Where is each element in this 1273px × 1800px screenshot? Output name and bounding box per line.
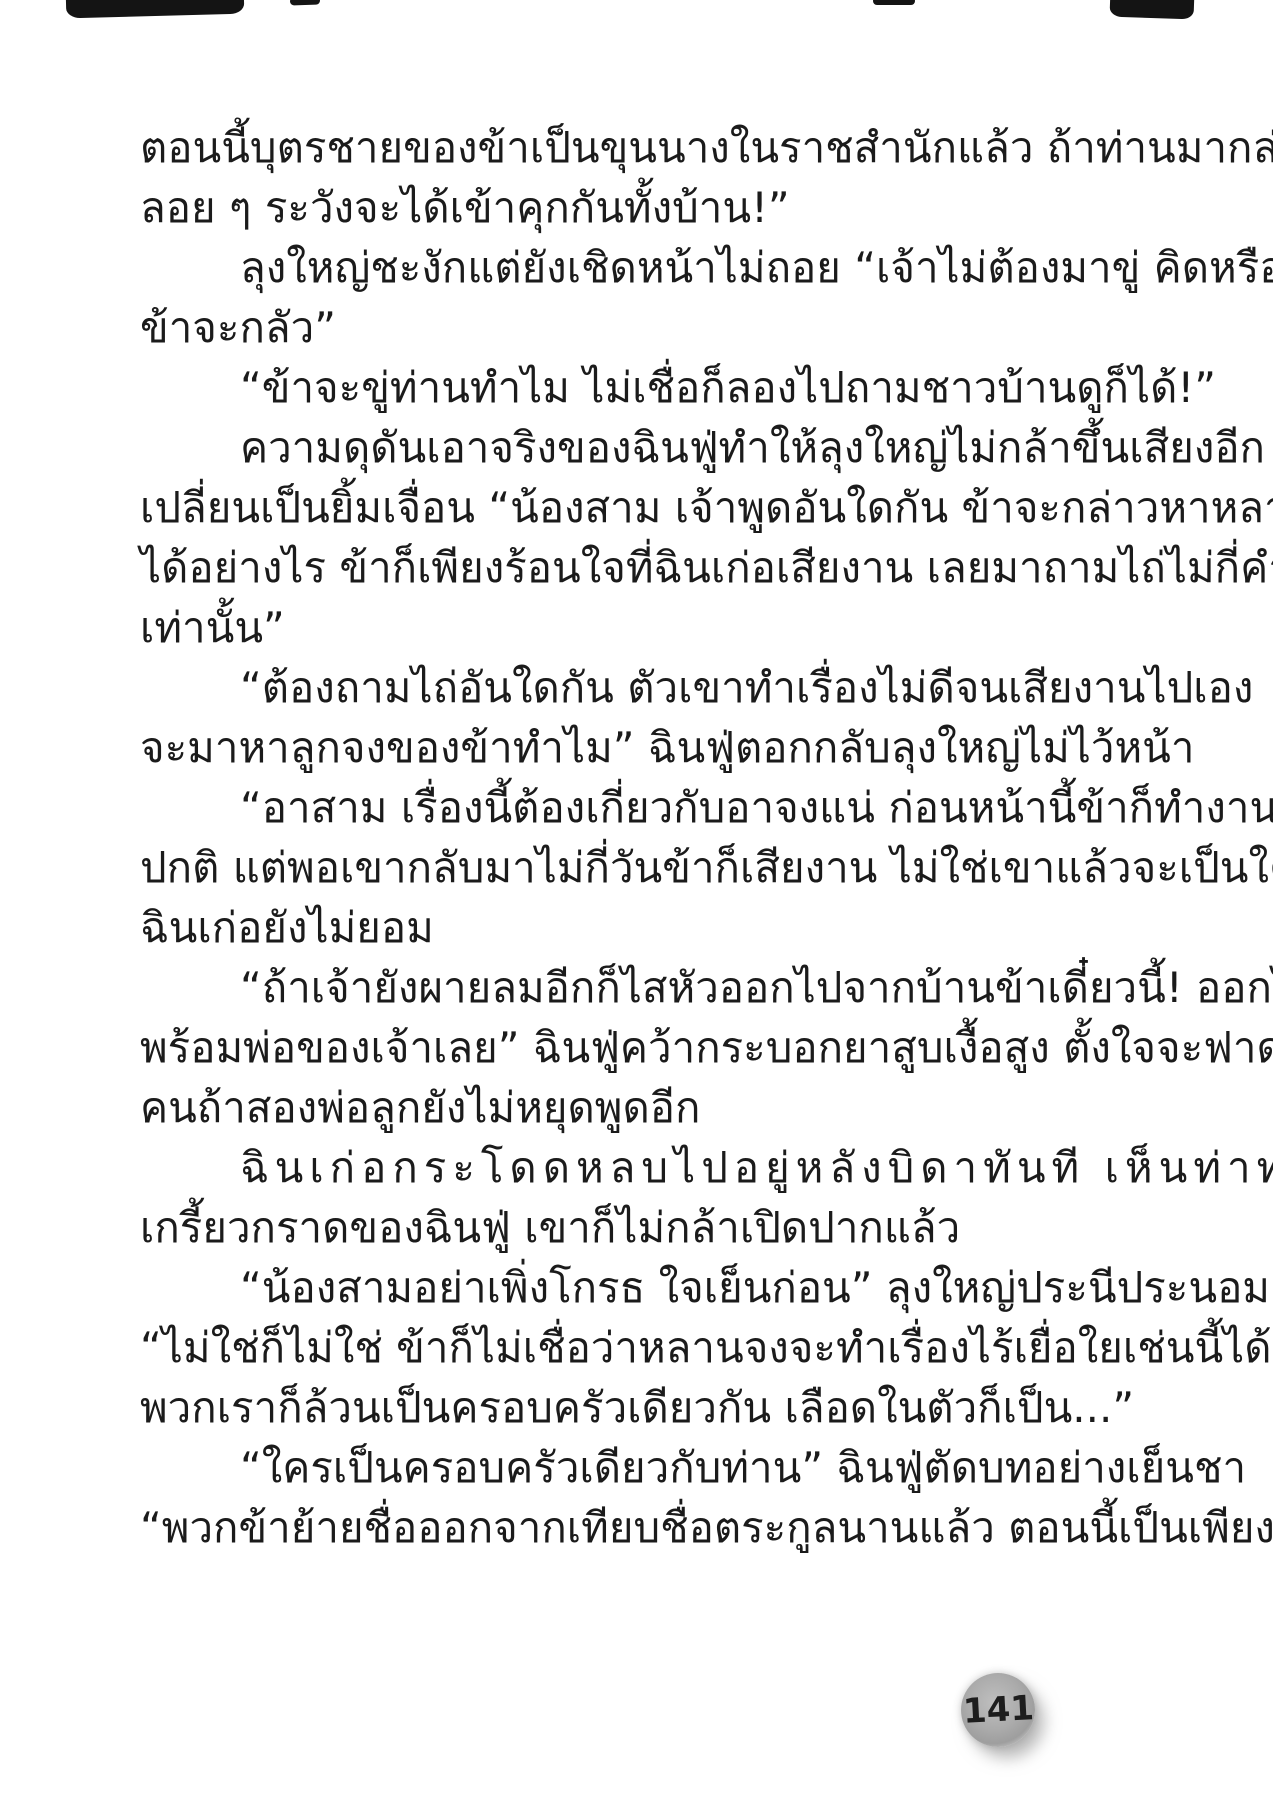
text-line: ตอนนี้บุตรชายของข้าเป็นขุนนางในราชสำนักแ… [140,118,1145,178]
text-line: “น้องสามอย่าเพิ่งโกรธ ใจเย็นก่อน” ลุงใหญ… [140,1258,1145,1318]
text-line: ความดุดันเอาจริงของฉินฟู่ทำให้ลุงใหญ่ไม่… [140,418,1145,478]
text-line: พวกเราก็ล้วนเป็นครอบครัวเดียวกัน เลือดใน… [140,1378,1145,1438]
ink-smudge-icon [1110,0,1195,19]
text-line: เกรี้ยวกราดของฉินฟู่ เขาก็ไม่กล้าเปิดปาก… [140,1198,1145,1258]
text-line: “อาสาม เรื่องนี้ต้องเกี่ยวกับอาจงแน่ ก่อ… [140,778,1145,838]
scanned-book-page: ตอนนี้บุตรชายของข้าเป็นขุนนางในราชสำนักแ… [0,0,1273,1800]
text-line: จะมาหาลูกจงของข้าทำไม” ฉินฟู่ตอกกลับลุงใ… [140,718,1145,778]
text-line: “ต้องถามไถ่อันใดกัน ตัวเขาทำเรื่องไม่ดีจ… [140,658,1145,718]
text-block: ตอนนี้บุตรชายของข้าเป็นขุนนางในราชสำนักแ… [140,118,1145,1558]
text-line: พร้อมพ่อของเจ้าเลย” ฉินฟู่คว้ากระบอกยาสู… [140,1018,1145,1078]
text-line: ฉินเก่อกระโดดหลบไปอยู่หลังบิดาทันที เห็น… [140,1138,1145,1198]
text-line: คนถ้าสองพ่อลูกยังไม่หยุดพูดอีก [140,1078,1145,1138]
text-line: “ไม่ใช่ก็ไม่ใช่ ข้าก็ไม่เชื่อว่าหลานจงจะ… [140,1318,1145,1378]
ink-smudge-icon [290,0,320,6]
text-line: เท่านั้น” [140,598,1145,658]
text-line: ข้าจะกลัว” [140,298,1145,358]
text-line: ลุงใหญ่ชะงักแต่ยังเชิดหน้าไม่ถอย “เจ้าไม… [140,238,1145,298]
text-line: “ใครเป็นครอบครัวเดียวกับท่าน” ฉินฟู่ตัดบ… [140,1438,1145,1498]
text-line: เปลี่ยนเป็นยิ้มเจื่อน “น้องสาม เจ้าพูดอั… [140,478,1145,538]
text-line: “พวกข้าย้ายชื่อออกจากเทียบชื่อตระกูลนานแ… [140,1498,1145,1558]
page-number: 141 [962,1688,1035,1732]
text-line: ฉินเก่อยังไม่ยอม [140,898,1145,958]
text-line: ลอย ๆ ระวังจะได้เข้าคุกกันทั้งบ้าน!” [140,178,1145,238]
ink-smudge-icon [873,0,915,5]
text-line: ปกติ แต่พอเขากลับมาไม่กี่วันข้าก็เสียงาน… [140,838,1145,898]
text-line: “ถ้าเจ้ายังผายลมอีกก็ไสหัวออกไปจากบ้านข้… [140,958,1145,1018]
ink-smudge-icon [66,0,245,18]
page-number-badge: 141 [961,1673,1035,1747]
text-line: ได้อย่างไร ข้าก็เพียงร้อนใจที่ฉินเก่อเสี… [140,538,1145,598]
text-line: “ข้าจะขู่ท่านทำไม ไม่เชื่อก็ลองไปถามชาวบ… [140,358,1145,418]
